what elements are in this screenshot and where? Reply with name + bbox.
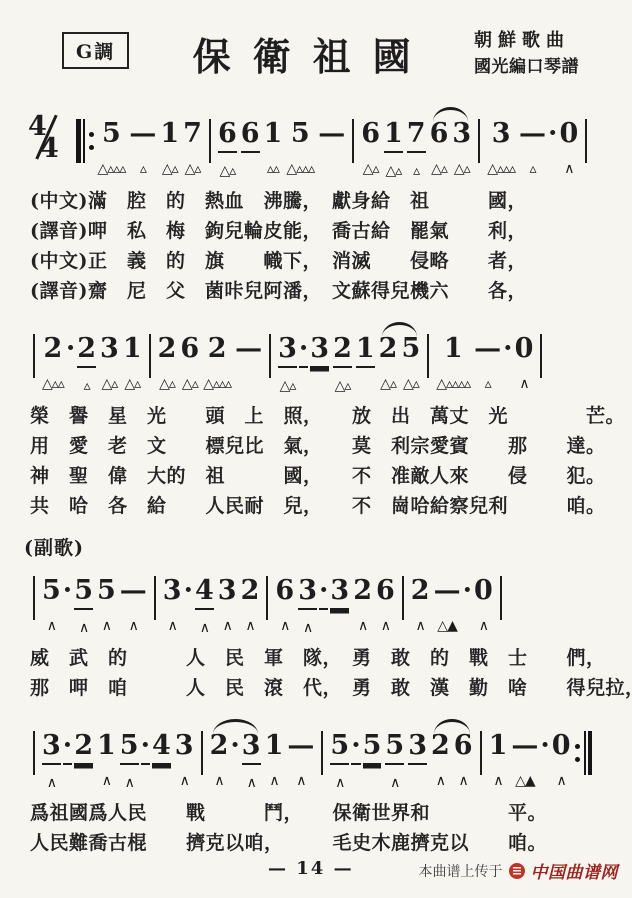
score-line-2: 2△▵▵·2▵3△▵1△▵2△▵6△▵2△▵▵▵—3△▵·32△▵12△▵5△▵… <box>28 318 612 397</box>
measure: 5∧·5∧5∧—∧ <box>40 576 149 639</box>
note: 1∧ <box>487 731 510 792</box>
header-credits: 朝鮮歌曲 國光編口琴譜 <box>474 28 612 80</box>
note: 5∧ <box>40 576 63 639</box>
note-group: 7△▵ <box>181 119 204 180</box>
note-number: 5 <box>120 731 139 765</box>
note: — <box>233 334 264 395</box>
upload-credit: 本曲谱上传于 中国曲谱网 <box>419 858 619 883</box>
footer: — 14 — 本曲谱上传于 中国曲谱网 <box>0 858 632 884</box>
note-number: 6 <box>275 576 294 608</box>
octave-dot-slot <box>385 765 404 774</box>
articulation-marks: △▵ <box>158 375 177 395</box>
articulation-marks: △▵▵ <box>42 375 64 395</box>
note-group: 0∧ <box>557 119 580 180</box>
octave-dot-slot <box>97 763 116 772</box>
octave-dot-slot <box>401 366 420 375</box>
note: 5△▵▵▵ <box>96 119 128 180</box>
octave-dot-slot <box>120 608 147 617</box>
note-group: · <box>503 334 512 395</box>
octave-dot-slot <box>474 608 493 617</box>
articulation-marks: △▵▵▵ <box>98 160 126 180</box>
note: 3∧ <box>240 731 263 794</box>
note-number: 5 <box>385 731 404 765</box>
measure: 3∧·21∧5∧·43∧ <box>40 731 196 794</box>
articulation-marks: △▵▵▵ <box>203 375 231 395</box>
octave-dot-slot <box>175 763 194 772</box>
header: G調 保衛祖國 朝鮮歌曲 國光編口琴譜 <box>24 26 612 81</box>
articulation-marks: ▵ <box>77 377 96 397</box>
note: 2 <box>72 731 95 794</box>
note-number: 1 <box>160 119 179 151</box>
note-group: · <box>540 731 549 792</box>
articulation-marks: ∧ <box>385 774 404 794</box>
octave-dot-slot <box>242 765 261 774</box>
note-number: 5 <box>74 576 93 610</box>
octave-dot-slot <box>74 610 93 619</box>
articulation-marks <box>363 774 382 794</box>
octave-dot-slot <box>319 610 328 619</box>
note: —∧ <box>285 731 316 794</box>
note: 0∧ <box>472 576 495 637</box>
measure: 1△▵▵▵▵—▵·0∧ <box>434 334 535 395</box>
note-number: 6 <box>430 119 449 151</box>
barline <box>149 334 151 378</box>
note: 1 <box>354 334 377 397</box>
octave-dot-slot <box>74 765 93 774</box>
octave-dot-slot <box>452 151 471 160</box>
lyrics-row: (中文)滿 腔 的 熱血 沸騰， 獻身給 祖 國， <box>30 186 612 216</box>
note-group: 1△▵▵▵▵ <box>434 334 472 395</box>
note-number: 1 <box>436 334 470 366</box>
song-origin: 朝鮮歌曲 <box>474 28 612 54</box>
octave-dot-slot <box>42 366 64 375</box>
measure: 1∧—△▲·0∧ <box>487 731 573 792</box>
note-group: · <box>548 119 557 180</box>
note-number: 2 <box>379 334 398 366</box>
octave-dot-slot <box>97 608 116 617</box>
note-number: 0 <box>559 119 578 151</box>
note-number: 7 <box>407 119 426 153</box>
articulation-marks: ▵ <box>474 375 501 395</box>
note-number: 2 <box>431 731 450 763</box>
slur-group: 2∧·3∧ <box>208 731 263 794</box>
articulation-marks: ∧ <box>552 772 571 792</box>
articulation-marks <box>299 377 308 397</box>
articulation-marks: ∧ <box>559 160 578 180</box>
articulation-marks: △▵▵▵ <box>487 160 515 180</box>
barline <box>480 731 482 775</box>
octave-dot-slot <box>287 763 314 772</box>
note: 6∧ <box>273 576 296 639</box>
note: · <box>319 576 328 639</box>
note-number: 2 <box>203 334 231 366</box>
octave-dot-slot <box>489 763 508 772</box>
note-number: 5 <box>330 731 349 765</box>
lyrics-row: 榮 譽 星 光 頭 上 照， 放 出 萬丈 光 芒。 <box>30 401 612 431</box>
note-number: 3 <box>242 731 261 765</box>
octave-dot-slot <box>129 151 156 160</box>
note-group: 2△▵1 <box>331 334 377 397</box>
articulation-marks <box>548 160 557 180</box>
octave-dot-slot <box>298 610 317 619</box>
barline <box>201 731 203 775</box>
note-group: 6△▵ <box>359 119 382 182</box>
lyrics-row: 那 呷 咱 人 民 滾 代， 勇 敢 漢 勤 啥 得兒拉， <box>30 673 612 703</box>
octave-dot-slot <box>275 608 294 617</box>
note-number: — <box>434 576 461 608</box>
articulation-marks: ∧ <box>42 617 61 637</box>
note-group: · <box>463 576 472 637</box>
articulation-marks <box>66 375 75 395</box>
articulation-marks: ∧ <box>175 772 194 792</box>
articulation-marks: ▵ <box>519 160 546 180</box>
note: 2∧ <box>351 576 374 639</box>
note-number: 3 <box>163 576 182 608</box>
site-logo-icon <box>509 863 525 879</box>
lyrics-block-2: 榮 譽 星 光 頭 上 照， 放 出 萬丈 光 芒。用 愛 老 文 標兒比 氣，… <box>30 401 612 521</box>
repeat-begin-barline <box>76 119 96 163</box>
barline <box>402 576 404 620</box>
note-number: · <box>299 334 308 368</box>
articulation-marks <box>63 617 72 637</box>
score-line-1: 445△▵▵▵—▵1△▵7△▵6△▵61▵▵5△▵▵▵—6△▵1△▵7▵6△▵3… <box>28 103 612 182</box>
measure: 6△▵1△▵7▵6△▵3△▵ <box>359 119 473 182</box>
octave-dot-slot <box>411 608 430 617</box>
octave-dot-slot <box>408 765 427 774</box>
barline <box>352 119 354 163</box>
articulation-marks <box>310 377 329 397</box>
note-number: 0 <box>474 576 493 608</box>
octave-dot-slot <box>265 763 284 772</box>
repeat-dots <box>89 132 94 150</box>
note-number: 3 <box>175 731 194 763</box>
note: — <box>316 119 347 182</box>
articulation-marks <box>319 619 328 639</box>
lyrics-row: 威 武 的 人 民 軍 隊， 勇 敢 的 戰 士 們， <box>30 643 612 673</box>
articulation-marks <box>330 619 349 639</box>
articulation-marks: ∧ <box>97 772 116 792</box>
octave-dot-slot <box>330 765 349 774</box>
octave-dot-slot <box>356 368 375 377</box>
note-number: 2 <box>353 576 372 608</box>
note-number: 4 <box>152 731 171 765</box>
note: 0∧ <box>550 731 573 792</box>
note-number: 7 <box>183 119 202 151</box>
articulation-marks: △▵▵▵▵ <box>436 375 470 395</box>
note: 1△▵ <box>158 119 181 180</box>
octave-dot-slot <box>123 366 142 375</box>
note: · <box>351 731 360 794</box>
articulation-marks: ∧ <box>330 774 349 794</box>
articulation-marks: ∧ <box>474 617 493 637</box>
note-group: — <box>233 334 264 395</box>
articulation-marks: ∧ <box>195 619 214 639</box>
note: 0∧ <box>513 334 536 395</box>
note-number: 3 <box>408 731 427 765</box>
note-number: 6 <box>218 119 237 153</box>
note-group: 3∧·2 <box>40 731 95 794</box>
note-number: 1 <box>97 731 116 763</box>
octave-dot-slot <box>434 608 461 617</box>
octave-dot-slot <box>376 608 395 617</box>
articulation-marks: △▵ <box>218 162 237 182</box>
note-number: 6 <box>180 334 199 366</box>
note-group: 5∧·4 <box>118 731 173 794</box>
octave-dot-slot <box>503 366 512 375</box>
articulation-marks <box>503 375 512 395</box>
note: 6△▵ <box>178 334 201 395</box>
articulation-marks: △▵ <box>278 377 297 397</box>
octave-dot-slot <box>363 765 382 774</box>
octave-dot-slot <box>152 765 171 774</box>
articulation-marks: ∧ <box>42 774 61 794</box>
articulation-marks <box>408 774 427 794</box>
articulation-marks <box>351 774 360 794</box>
barline <box>33 731 35 775</box>
note-number: — <box>129 119 156 151</box>
articulation-marks: ∧ <box>287 772 314 792</box>
note-number: 5 <box>42 576 61 608</box>
note: 5∧ <box>328 731 351 794</box>
octave-dot-slot <box>474 366 501 375</box>
note-number: · <box>319 576 328 610</box>
octave-dot-slot <box>330 610 349 619</box>
note-group: 2△▵▵▵ <box>201 334 233 395</box>
measure: 5△▵▵▵—▵1△▵7△▵ <box>96 119 204 180</box>
articulation-marks: ∧ <box>489 772 508 792</box>
octave-dot-slot <box>559 151 578 160</box>
octave-dot-slot <box>183 151 202 160</box>
octave-dot-slot <box>310 368 329 377</box>
note-number: — <box>120 576 147 608</box>
note: 1∧ <box>263 731 286 794</box>
note: 3∧ <box>161 576 184 639</box>
octave-dot-slot <box>42 765 61 774</box>
octave-dot-slot <box>141 765 150 774</box>
note: 2▵ <box>75 334 98 397</box>
note-group: 1△▵ <box>121 334 144 397</box>
articulation-marks: △▵ <box>100 375 119 395</box>
note-number: 1 <box>489 731 508 763</box>
note-number: 6 <box>454 731 473 763</box>
note: · <box>63 731 72 794</box>
repeat-end-barline <box>573 731 593 775</box>
note-number: 3 <box>487 119 515 151</box>
note: 1∧ <box>95 731 118 794</box>
note-group: 3∧ <box>216 576 239 639</box>
note-group: 3△▵ <box>98 334 121 397</box>
note-number: — <box>318 119 345 151</box>
lyrics-row: 共 哈 各 給 人民耐 兒， 不 崗哈給察兒利 咱。 <box>30 491 612 521</box>
note-group: 3△▵·3 <box>276 334 331 397</box>
octave-dot-slot <box>511 763 538 772</box>
note-group: 5△▵▵▵ <box>284 119 316 182</box>
note: 4 <box>150 731 173 794</box>
note-number: 1 <box>265 731 284 763</box>
octave-dot-slot <box>333 368 352 377</box>
note: —△▲ <box>432 576 463 637</box>
note-group: —∧ <box>285 731 316 794</box>
note-number: 2 <box>77 334 96 368</box>
octave-dot-slot <box>66 366 75 375</box>
lyrics-row: 神 聖 偉 大的 祖 國， 不 准敵人來 侵 犯。 <box>30 461 612 491</box>
note: 2∧ <box>208 731 231 794</box>
barline <box>33 576 35 620</box>
articulation-marks: △▵ <box>379 375 398 395</box>
articulation-marks: ∧ <box>120 774 139 794</box>
key-signature: G調 <box>62 32 129 69</box>
note: 5∧ <box>383 731 406 794</box>
note: 2△▵ <box>377 334 400 397</box>
note: 3 <box>406 731 429 794</box>
note-group: 3∧·4∧ <box>161 576 216 639</box>
articulation-marks <box>152 774 171 794</box>
articulation-marks: △▵ <box>183 160 202 180</box>
slur-group: 2∧6∧ <box>429 731 475 794</box>
articulation-marks <box>63 774 72 794</box>
note-number: 1 <box>123 334 142 366</box>
octave-dot-slot <box>548 151 557 160</box>
note-number: 3 <box>298 576 317 610</box>
articulation-marks: ∧ <box>376 617 395 637</box>
note: · <box>540 731 549 792</box>
note-group: —∧ <box>118 576 149 639</box>
articulation-marks: ∧ <box>97 617 116 637</box>
measure: 3∧·4∧3∧2∧ <box>161 576 262 639</box>
barline <box>427 334 429 378</box>
octave-dot-slot <box>353 608 372 617</box>
note-group: —△▲ <box>432 576 463 637</box>
note-group: 3△▵▵▵ <box>485 119 517 180</box>
note-number: 3 <box>218 576 237 608</box>
articulation-marks: △▵ <box>333 377 352 397</box>
octave-dot-slot <box>407 153 426 162</box>
articulation-marks: ∧ <box>210 772 229 792</box>
note: · <box>230 731 239 794</box>
octave-dot-slot <box>77 368 96 377</box>
note-number: 3 <box>100 334 119 366</box>
articulation-marks: ∧ <box>163 617 182 637</box>
note-group: 5∧·5∧ <box>40 576 95 639</box>
note-group: —△▲ <box>509 731 540 792</box>
note-number: — <box>235 334 262 366</box>
note-number: 0 <box>552 731 571 763</box>
octave-dot-slot <box>454 763 473 772</box>
note-number: 2 <box>241 576 260 608</box>
note: 6 <box>239 119 262 182</box>
articulation-marks: ∧ <box>411 617 430 637</box>
articulation-marks <box>463 617 472 637</box>
note: · <box>184 576 193 639</box>
note: 2△▵▵ <box>40 334 66 397</box>
note-group: 6△▵6 <box>216 119 262 182</box>
note: —▵ <box>517 119 548 180</box>
lyrics-row: 用 愛 老 文 標兒比 氣， 莫 利宗愛賓 那 達。 <box>30 431 612 461</box>
octave-dot-slot <box>63 608 72 617</box>
articulation-marks: ∧ <box>120 617 147 637</box>
barline <box>478 119 480 163</box>
note: 2△▵ <box>331 334 354 397</box>
octave-dot-slot <box>299 368 308 377</box>
note: 1▵▵ <box>262 119 285 182</box>
note-group: 6△▵ <box>178 334 201 395</box>
octave-dot-slot <box>210 763 229 772</box>
note-group: —▵ <box>472 334 503 395</box>
note-number: 5 <box>401 334 420 366</box>
measure: 2∧—△▲·0∧ <box>409 576 495 637</box>
octave-dot-slot <box>278 368 297 377</box>
octave-dot-slot <box>241 153 260 162</box>
barline <box>269 334 271 378</box>
note-number: · <box>66 334 75 366</box>
note-number: 5 <box>98 119 126 151</box>
note: 6∧ <box>452 731 475 794</box>
note: · <box>66 334 75 397</box>
score-line-4: 3∧·21∧5∧·43∧2∧·3∧1∧—∧5∧·55∧32∧6∧1∧—△▲·0∧ <box>28 715 612 794</box>
measure: 5∧·55∧32∧6∧ <box>328 731 474 794</box>
articulation-marks: ∧ <box>218 617 237 637</box>
octave-dot-slot <box>540 763 549 772</box>
note: 6△▵ <box>216 119 239 182</box>
note-number: · <box>63 731 72 765</box>
articulation-marks: △▵ <box>361 160 380 180</box>
articulation-marks <box>235 375 262 395</box>
articulation-marks: △▵ <box>452 160 471 180</box>
note-number: 2 <box>74 731 93 765</box>
note-group: 3∧·3 <box>296 576 351 639</box>
octave-dot-slot <box>379 366 398 375</box>
note: 3△▵▵▵ <box>485 119 517 180</box>
note-group: — <box>316 119 347 182</box>
note: 1△▵ <box>382 119 405 182</box>
note-number: · <box>351 731 360 765</box>
note: 2∧ <box>429 731 452 794</box>
articulation-marks: △▲ <box>511 772 538 792</box>
octave-dot-slot <box>487 151 515 160</box>
measure: 3△▵·32△▵12△▵5△▵ <box>276 334 422 397</box>
note: 3△▵ <box>98 334 121 397</box>
note: 3∧ <box>216 576 239 639</box>
articulation-marks: ∧ <box>265 772 284 792</box>
page-number: — 14 — <box>268 858 354 879</box>
lyrics-block-1: (中文)滿 腔 的 熱血 沸騰， 獻身給 祖 國，(譯音)呷 私 梅 鉤兒輪皮能… <box>30 186 612 306</box>
lyrics-row: (譯音)齋 尼 父 菌咔兒阿潘， 文蘇得兒機六 各， <box>30 276 612 306</box>
note-number: 2 <box>42 334 64 366</box>
articulation-marks: ∧ <box>241 617 260 637</box>
note-group: 6∧ <box>273 576 296 639</box>
octave-dot-slot <box>264 151 283 160</box>
note-number: 6 <box>361 119 380 151</box>
barline <box>266 576 268 620</box>
octave-dot-slot <box>184 608 193 617</box>
octave-dot-slot <box>235 366 262 375</box>
note-group: 2△▵ <box>156 334 179 395</box>
time-signature: 44 <box>28 119 68 175</box>
note-number: 2 <box>333 334 352 368</box>
lyrics-row: 人民難喬古棍 擠克以咱， 毛史木鹿擠克以 咱。 <box>30 828 612 858</box>
note-group: 3∧ <box>173 731 196 794</box>
octave-dot-slot <box>552 763 571 772</box>
articulation-marks: ∧ <box>454 772 473 792</box>
articulation-marks: ∧ <box>74 619 93 639</box>
note: —▵ <box>472 334 503 395</box>
note-number: 6 <box>376 576 395 608</box>
note: 7△▵ <box>181 119 204 180</box>
song-title: 保衛祖國 <box>129 26 474 81</box>
note-number: · <box>63 576 72 608</box>
measure: 6△▵61▵▵5△▵▵▵— <box>216 119 347 182</box>
note-number: 3 <box>452 119 471 151</box>
